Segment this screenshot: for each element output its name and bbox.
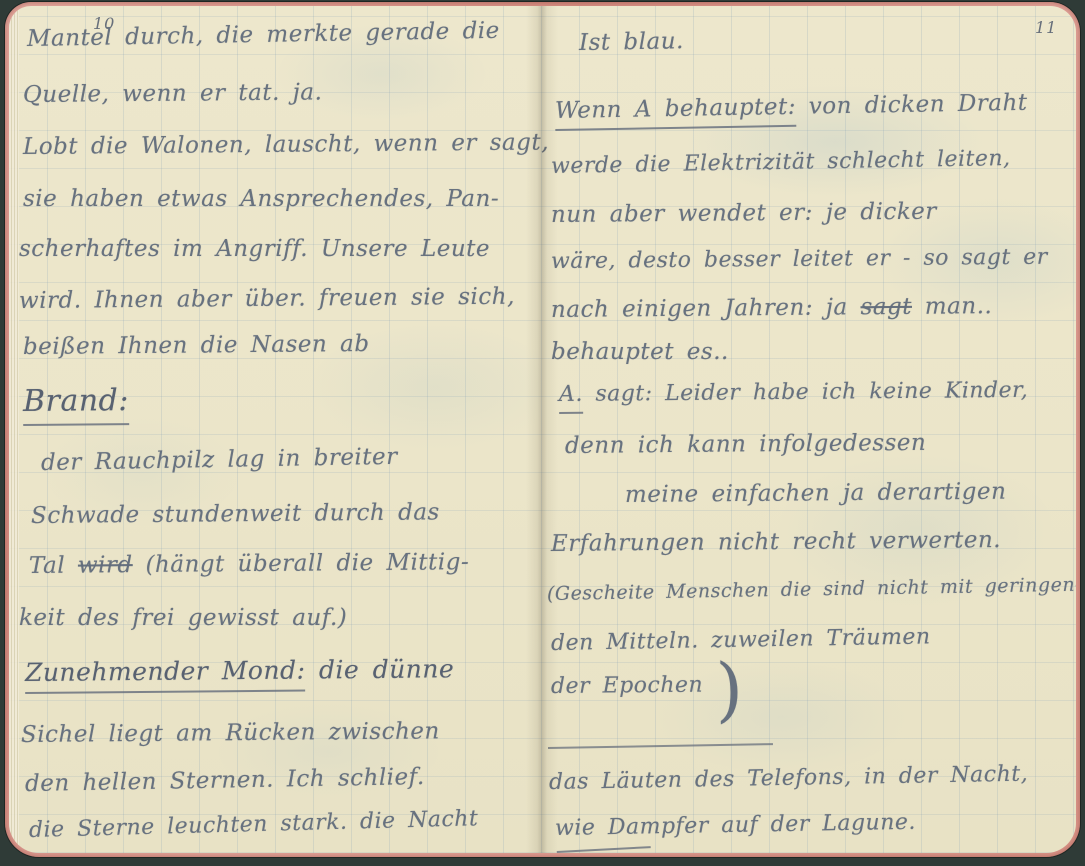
underlined-text: Brand: xyxy=(23,383,129,426)
right-page: 11 Ist blau.Wenn A behauptet: von dicken… xyxy=(541,6,1076,853)
handwritten-line: Sichel liegt am Rücken zwischen xyxy=(21,718,440,748)
handwritten-line: wird. Ihnen aber über. freuen sie sich, xyxy=(19,284,515,314)
handwritten-line: nach einigen Jahren: ja sagt man.. xyxy=(551,293,992,323)
handwritten-line: behauptet es.. xyxy=(551,339,729,365)
handwritten-line: Ist blau. xyxy=(579,28,684,56)
text-run: Sichel liegt am Rücken zwischen xyxy=(21,718,440,748)
handwritten-line: Erfahrungen nicht recht verwerten. xyxy=(551,527,1001,557)
handwritten-line: Tal wird (hängt überall die Mittig- xyxy=(29,549,469,579)
text-run: Ist blau. xyxy=(579,28,684,56)
notebook-spread: 10 Mantel durch, die merkte gerade dieQu… xyxy=(5,2,1080,857)
handwritten-line: denn ich kann infolgedessen xyxy=(565,430,927,459)
handwritten-line: die Sterne leuchten stark. die Nacht xyxy=(29,806,479,843)
handwritten-line: meine einfachen ja derartigen xyxy=(625,479,1007,508)
closing-paren-mark: ) xyxy=(715,648,743,730)
section-heading-brand: Brand: xyxy=(23,383,129,419)
handwritten-line: nun aber wendet er: je dicker xyxy=(551,199,937,228)
text-run: nach einigen Jahren: ja xyxy=(551,294,861,323)
handwritten-line: den hellen Sternen. Ich schlief. xyxy=(25,764,425,797)
handwritten-line: A. sagt: Leider habe ich keine Kinder, xyxy=(559,378,1028,407)
page-number-right: 11 xyxy=(1035,18,1057,37)
text-run: der Epochen xyxy=(551,673,716,699)
text-run: wird. Ihnen aber über. freuen sie sich, xyxy=(19,284,515,314)
struck-through-text: wird xyxy=(78,552,133,578)
text-run: wäre, desto besser leitet er - so sagt e… xyxy=(551,245,1048,274)
handwritten-line: keit des frei gewisst auf.) xyxy=(19,605,347,631)
text-run: Erfahrungen nicht recht verwerten. xyxy=(551,527,1001,557)
handwritten-line: der Rauchpilz lag in breiter xyxy=(41,444,398,476)
underlined-text: Wenn A behauptet: xyxy=(555,94,797,131)
graph-paper-grid xyxy=(541,6,1076,853)
text-run: Schwade stundenweit durch das xyxy=(31,499,440,529)
section-heading-wenn-a-behauptet: Wenn A behauptet: von dicken Draht xyxy=(555,90,1028,124)
underlined-text: Zunehmender Mond: xyxy=(25,656,306,694)
handwritten-line: werde die Elektrizität schlecht leiten, xyxy=(551,146,1011,179)
text-run: werde die Elektrizität schlecht leiten, xyxy=(551,146,1011,179)
text-run: sie haben etwas Ansprechendes, Pan- xyxy=(23,186,499,212)
text-run: (hängt überall die Mittig- xyxy=(133,549,470,578)
handwritten-line: wie Dampfer auf der Lagune. xyxy=(555,810,916,841)
handwritten-line: das Läuten des Telefons, in der Nacht, xyxy=(549,762,1029,795)
text-run: von dicken Draht xyxy=(796,90,1028,120)
scanned-notebook-photo: { "palette": { "desk_background": "#2f3b… xyxy=(0,0,1085,866)
handwritten-line: wäre, desto besser leitet er - so sagt e… xyxy=(551,245,1048,274)
handwritten-line: beißen Ihnen die Nasen ab xyxy=(23,331,370,360)
page-stack-edge xyxy=(9,6,19,853)
handwritten-line: Schwade stundenweit durch das xyxy=(31,499,440,529)
section-heading-zunehmender-mond: Zunehmender Mond: die dünne xyxy=(25,654,454,687)
text-run: das Läuten des Telefons, in der Nacht, xyxy=(549,762,1029,795)
text-run: (Gescheite Menschen die sind nicht mit g… xyxy=(547,574,1076,605)
paper-stains xyxy=(541,6,1076,853)
text-run: behauptet es.. xyxy=(551,339,729,365)
text-run: die Sterne leuchten stark. die Nacht xyxy=(29,806,479,843)
text-run: der Rauchpilz lag in breiter xyxy=(41,444,398,476)
separator-rule xyxy=(548,743,773,749)
handwritten-line: (Gescheite Menschen die sind nicht mit g… xyxy=(547,574,1076,605)
text-run: denn ich kann infolgedessen xyxy=(565,430,927,459)
text-run: Lobt die Walonen, lauscht, wenn er sagt, xyxy=(23,129,549,160)
text-run: Tal xyxy=(29,553,78,579)
handwritten-line: Lobt die Walonen, lauscht, wenn er sagt, xyxy=(23,129,549,160)
text-run: keit des frei gewisst auf.) xyxy=(19,605,347,631)
text-run: scherhaftes im Angriff. Unsere Leute xyxy=(19,236,490,262)
text-run: sagt: Leider habe ich keine Kinder, xyxy=(583,378,1029,407)
double-underline-mark xyxy=(557,846,651,853)
handwritten-line: sie haben etwas Ansprechendes, Pan- xyxy=(23,186,499,212)
left-page: 10 Mantel durch, die merkte gerade dieQu… xyxy=(9,6,541,853)
paper-surface: 10 Mantel durch, die merkte gerade dieQu… xyxy=(9,6,1076,853)
text-run: man.. xyxy=(912,293,993,320)
text-run: den hellen Sternen. Ich schlief. xyxy=(25,764,425,797)
struck-through-text: sagt xyxy=(860,294,912,320)
text-run: beißen Ihnen die Nasen ab xyxy=(23,331,370,360)
handwritten-line: Quelle, wenn er tat. ja. xyxy=(23,79,323,108)
text-run: nun aber wendet er: je dicker xyxy=(551,199,937,228)
handwritten-line: scherhaftes im Angriff. Unsere Leute xyxy=(19,236,490,262)
text-run: Quelle, wenn er tat. ja. xyxy=(23,79,323,108)
handwritten-line: der Epochen ) xyxy=(551,672,743,699)
text-run: meine einfachen ja derartigen xyxy=(625,479,1007,508)
underlined-text: A. xyxy=(559,382,583,414)
text-run: wie Dampfer auf der Lagune. xyxy=(555,810,916,841)
text-run: die dünne xyxy=(305,654,454,684)
